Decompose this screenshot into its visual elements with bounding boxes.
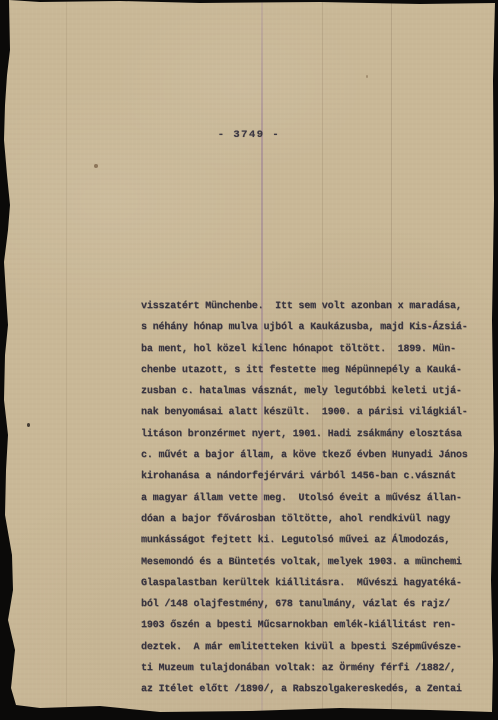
text-line: nak benyomásai alatt készült. 1900. a pá… <box>141 402 486 423</box>
foxing-speck <box>366 75 368 78</box>
body-text: visszatért Münchenbe. Itt sem volt azonb… <box>141 296 486 701</box>
text-line: az Itélet előtt /1890/, a Rabszolgakeres… <box>141 679 486 700</box>
text-line: c. művét a bajor állam, a köve tkező évb… <box>141 445 486 466</box>
scanned-document: - 3749 - visszatért Münchenbe. Itt sem v… <box>0 0 498 720</box>
text-line: chenbe utazott, s itt festette meg Népün… <box>141 360 486 381</box>
text-line: ba ment, hol közel kilenc hónapot töltöt… <box>141 339 486 360</box>
text-line: Glaspalastban kerültek kiállitásra. Művé… <box>141 573 486 594</box>
text-line: zusban c. hatalmas vásznát, mely legutób… <box>141 381 486 402</box>
text-line: Mesemondó és a Büntetés voltak, melyek 1… <box>141 552 486 573</box>
text-line: munkásságot fejtett ki. Legutolsó művei … <box>141 530 486 551</box>
text-line: 1903 őszén a bpesti Műcsarnokban emlék-k… <box>141 615 486 636</box>
text-line: ból /148 olajfestmény, 678 tanulmány, vá… <box>141 594 486 615</box>
foxing-speck <box>94 164 98 168</box>
text-line: visszatért Münchenbe. Itt sem volt azonb… <box>141 296 486 317</box>
foxing-speck <box>27 423 30 427</box>
text-line: litáson bronzérmet nyert, 1901. Hadi zsá… <box>141 424 486 445</box>
text-line: kirohanása a nándorfejérvári várból 1456… <box>141 466 486 487</box>
page-number: - 3749 - <box>0 129 498 141</box>
text-line: a magyar állam vette meg. Utolsó éveit a… <box>141 488 486 509</box>
text-line: dóan a bajor fővárosban töltötte, ahol r… <box>141 509 486 530</box>
text-line: ti Muzeum tulajdonában voltak: az Örmény… <box>141 658 486 679</box>
text-line: deztek. A már emlitetteken kivül a bpest… <box>141 637 486 658</box>
fold-crease-line <box>66 0 67 720</box>
paper-page: - 3749 - visszatért Münchenbe. Itt sem v… <box>0 0 498 720</box>
text-line: s néhány hónap mulva ujból a Kaukázusba,… <box>141 317 486 338</box>
